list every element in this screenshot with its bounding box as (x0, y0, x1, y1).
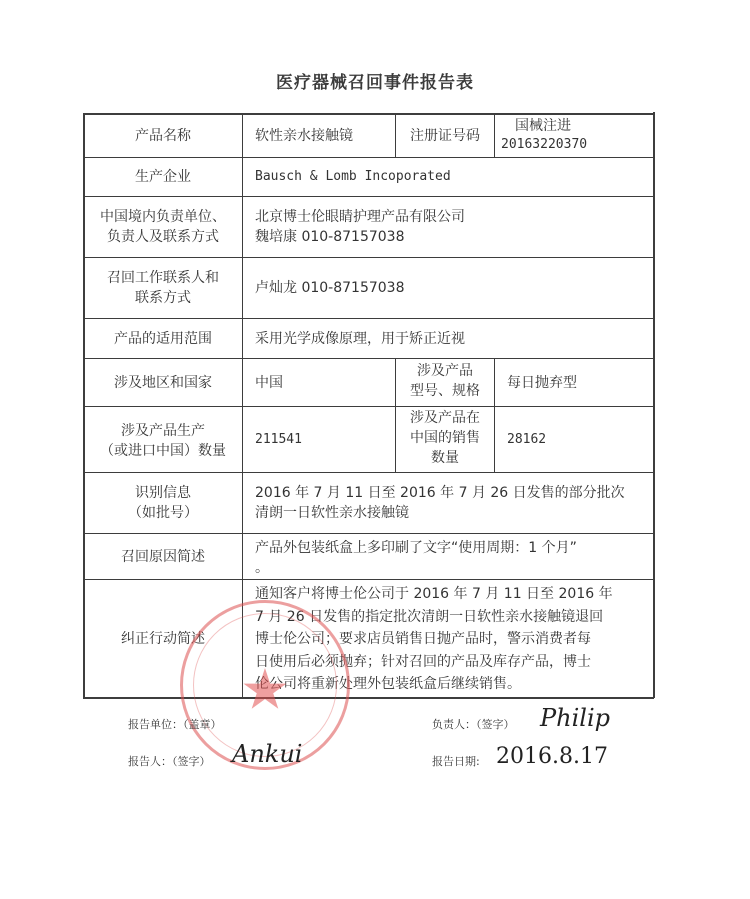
manufacturer-label: 生产企业 (84, 158, 242, 196)
recall-contact-value: 卢灿龙 010-87157038 (243, 258, 653, 318)
label-line: 涉及产品生产 (84, 421, 242, 441)
label-line: 数量 (396, 448, 494, 468)
region-value: 中国 (243, 359, 395, 406)
text-line: 通知客户将博士伦公司于 2016 年 7 月 11 日至 2016 年 (255, 583, 645, 606)
company-name: 北京博士伦眼睛护理产品有限公司 (255, 207, 645, 227)
identification-value: 2016 年 7 月 11 日至 2016 年 7 月 26 日发售的部分批次 … (243, 473, 653, 533)
text-line: 日使用后必须抛弃；针对召回的产品及库存产品，博士 (255, 651, 645, 674)
reporter-signature: Ankui (232, 740, 302, 768)
label-line: 中国境内负责单位、 (84, 207, 242, 227)
text-line: 伦公司将重新处理外包装纸盒后继续销售。 (255, 673, 645, 696)
label-line: 负责人及联系方式 (84, 227, 242, 247)
production-quantity-label: 涉及产品生产 （或进口中国）数量 (84, 407, 242, 472)
registration-number-label: 注册证号码 (396, 114, 494, 157)
reporter-label: 报告人：（签字） (128, 753, 211, 769)
corrective-action-value: 通知客户将博士伦公司于 2016 年 7 月 11 日至 2016 年 7 月 … (243, 580, 653, 697)
china-sales-label: 涉及产品在 中国的销售 数量 (396, 408, 494, 472)
model-spec-label: 涉及产品 型号、规格 (396, 361, 494, 406)
identification-label: 识别信息 （如批号） (84, 473, 242, 533)
recall-reason-value: 产品外包装纸盒上多印刷了文字“使用周期：1 个月” 。 (243, 534, 653, 579)
product-name-value: 软性亲水接触镜 (243, 114, 395, 157)
corrective-action-label: 纠正行动简述 (84, 580, 242, 697)
text-line: 产品外包装纸盒上多印刷了文字“使用周期：1 个月” (255, 538, 645, 558)
text-line: 清朗一日软性亲水接触镜 (255, 503, 645, 523)
region-label: 涉及地区和国家 (84, 359, 242, 406)
contact-person-phone: 魏培康 010-87157038 (255, 227, 645, 247)
label-line: 识别信息 (84, 483, 242, 503)
product-name-label: 产品名称 (84, 114, 242, 157)
label-line: （或进口中国）数量 (84, 441, 242, 461)
reporting-unit-label: 报告单位：（盖章） (128, 716, 222, 732)
scope-label: 产品的适用范围 (84, 319, 242, 358)
label-line: （如批号） (84, 503, 242, 523)
table-border-right (653, 112, 655, 698)
domestic-responsible-value: 北京博士伦眼睛护理产品有限公司 魏培康 010-87157038 (243, 197, 653, 257)
text-line: 7 月 26 日发售的指定批次清朗一日软性亲水接触镜退回 (255, 606, 645, 629)
recall-contact-label: 召回工作联系人和 联系方式 (84, 258, 242, 318)
label-line: 召回工作联系人和 (84, 268, 242, 288)
label-line: 涉及产品 (396, 361, 494, 381)
manufacturer-value: Bausch & Lomb Incoporated (243, 158, 653, 196)
registration-number-prefix: 国械注进 (501, 116, 645, 136)
text-line: 2016 年 7 月 11 日至 2016 年 7 月 26 日发售的部分批次 (255, 483, 645, 503)
label-line: 联系方式 (84, 288, 242, 308)
registration-number-value: 国械注进 20163220370 (495, 116, 653, 156)
model-spec-value: 每日抛弃型 (495, 359, 653, 406)
responsible-signature: Philip (540, 704, 610, 732)
responsible-person-label: 负责人：（签字） (432, 716, 515, 732)
text-line: 。 (255, 558, 645, 578)
domestic-responsible-label: 中国境内负责单位、 负责人及联系方式 (84, 197, 242, 257)
text-line: 博士伦公司；要求店员销售日抛产品时，警示消费者每 (255, 628, 645, 651)
label-line: 中国的销售 (396, 428, 494, 448)
document-title: 医疗器械召回事件报告表 (0, 68, 750, 93)
report-date-label: 报告日期: (432, 753, 480, 769)
china-sales-value: 28162 (495, 407, 653, 472)
registration-number-digits: 20163220370 (501, 136, 645, 154)
scope-value: 采用光学成像原理，用于矫正近视 (243, 319, 653, 358)
row-divider (83, 697, 654, 699)
label-line: 涉及产品在 (396, 408, 494, 428)
report-date-value: 2016.8.17 (496, 744, 608, 769)
label-line: 型号、规格 (396, 381, 494, 401)
recall-reason-label: 召回原因简述 (84, 534, 242, 579)
production-quantity-value: 211541 (243, 407, 395, 472)
